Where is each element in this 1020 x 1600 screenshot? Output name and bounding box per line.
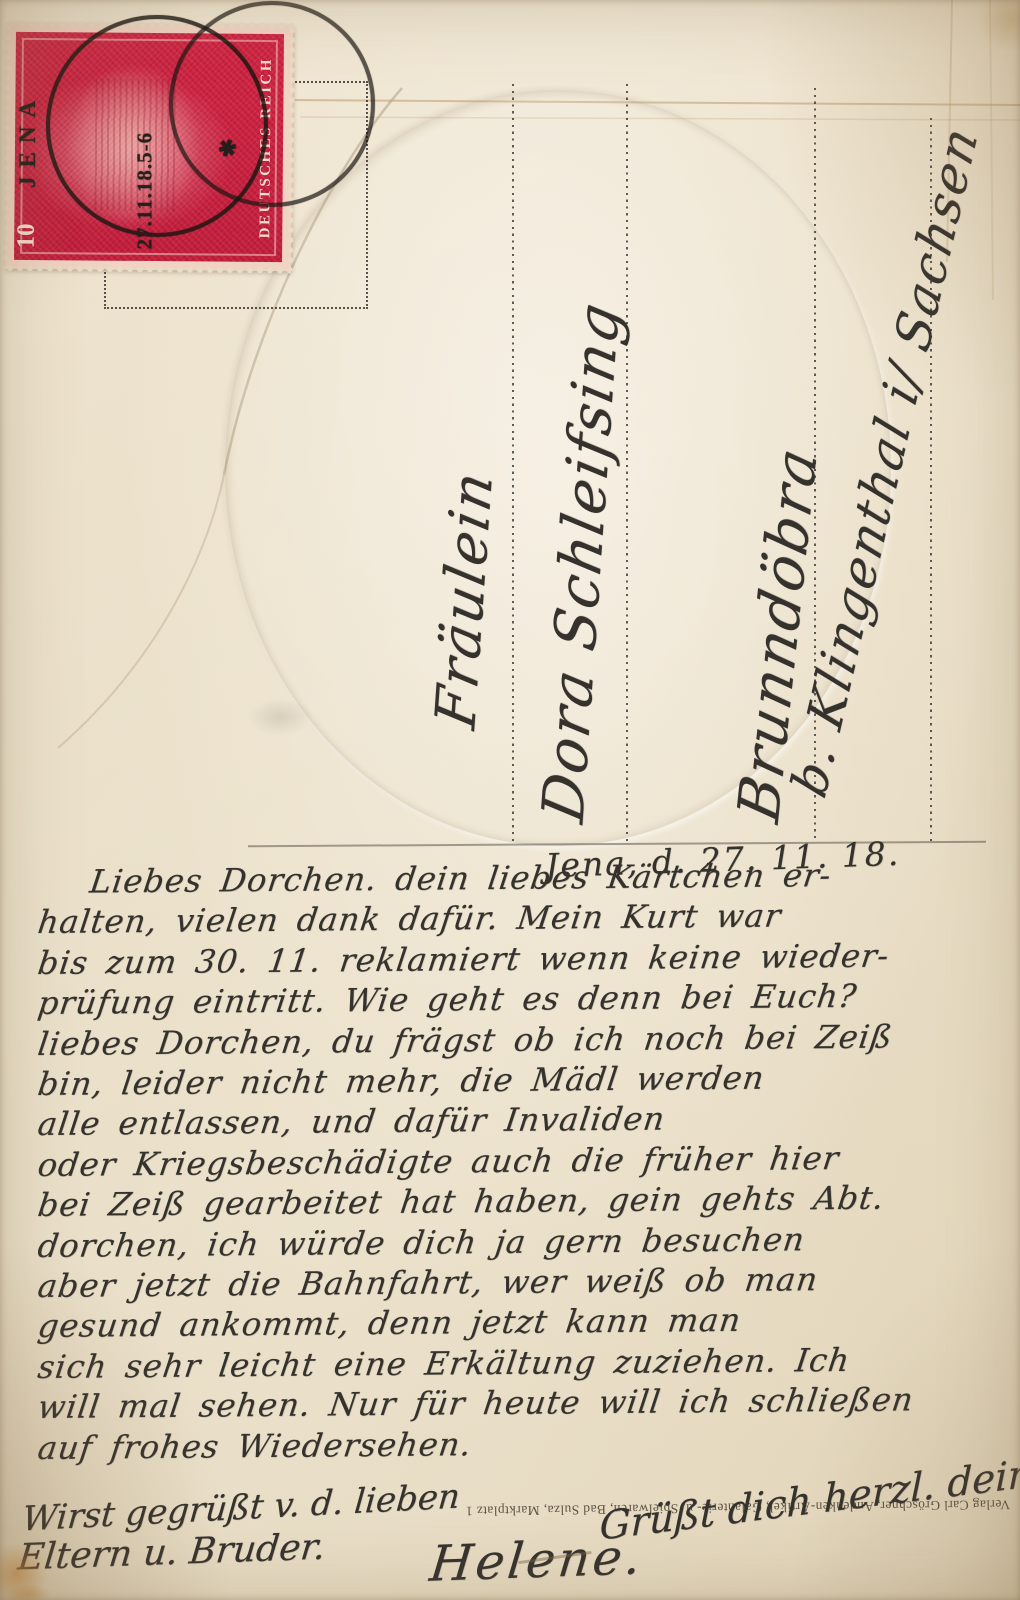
handwriting-line: auf frohes Wiedersehen. bbox=[35, 1419, 996, 1468]
postcard-back: Fräulein Dora Schleifsing Brunndöbra b. … bbox=[0, 0, 1020, 1600]
postmark-circle-2 bbox=[169, 1, 375, 207]
address-rule-1 bbox=[512, 84, 514, 842]
stamp-perforation-left bbox=[2, 23, 11, 269]
postmark-town: JENA bbox=[15, 48, 41, 188]
message-body: Liebes Dorchen. dein liebes Kärtchen er-… bbox=[38, 862, 993, 1468]
postmark-date: 27.11.18.5-6 bbox=[133, 80, 158, 250]
stamp-denomination: 10 bbox=[14, 223, 41, 248]
